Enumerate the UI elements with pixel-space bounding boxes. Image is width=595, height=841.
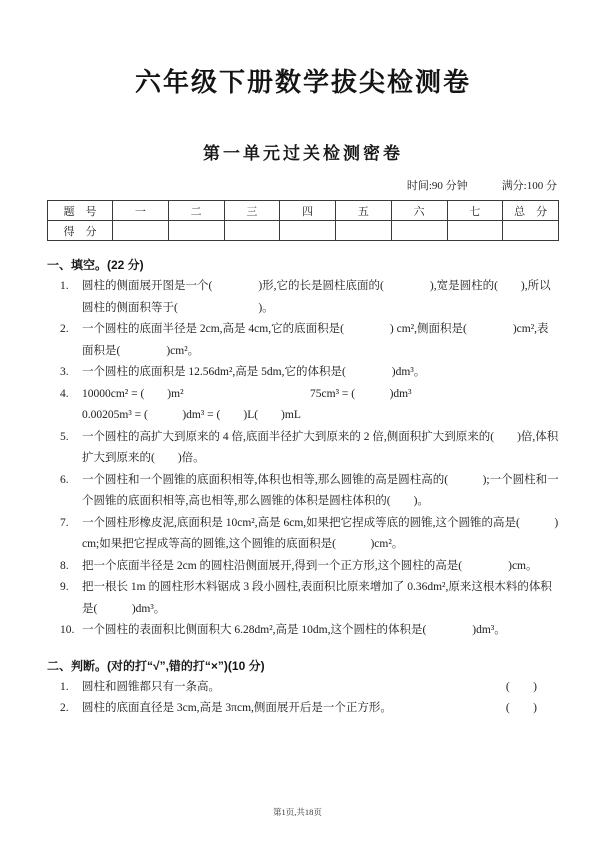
answer-blank: ( ) <box>496 698 543 720</box>
question-number: 1. <box>60 677 82 699</box>
score-table-header-row: 题 号 一 二 三 四 五 六 七 总 分 <box>48 201 559 221</box>
page-footer: 第1页,共18页 <box>0 806 595 818</box>
fill-question: 10. 一个圆柱的表面积比侧面积大 6.28dm²,高是 10dm,这个圆柱的体… <box>60 620 559 642</box>
question-text: 把一根长 1m 的圆柱形木料锯成 3 段小圆柱,表面积比原来增加了 0.36dm… <box>82 577 559 620</box>
question-text: 10000cm² = ( )m² 75cm³ = ( )dm³ 0.00205m… <box>82 384 559 427</box>
question-number: 9. <box>60 577 82 599</box>
column-header: 七 <box>447 201 503 221</box>
page-title: 六年级下册数学拔尖检测卷 <box>47 62 559 99</box>
question-text: 圆柱的侧面展开图是一个( )形,它的长是圆柱底面的( ),宽是圆柱的( ),所以… <box>82 276 559 319</box>
column-header: 四 <box>280 201 336 221</box>
question-number-label: 题 号 <box>48 201 113 221</box>
column-header: 五 <box>336 201 392 221</box>
column-header: 二 <box>168 201 224 221</box>
question-number: 2. <box>60 698 82 720</box>
exam-info-line: 时间:90 分钟满分:100 分 <box>47 177 559 193</box>
question-text: 一个圆柱的底面积是 12.56dm²,高是 5dm,它的体积是( )dm³。 <box>82 362 559 384</box>
score-cell <box>447 221 503 241</box>
question-text: 一个圆柱形橡皮泥,底面积是 10cm²,高是 6cm,如果把它捏成等底的圆锥,这… <box>82 513 559 556</box>
score-table: 题 号 一 二 三 四 五 六 七 总 分 得 分 <box>47 200 559 241</box>
column-header: 一 <box>113 201 169 221</box>
judge-question-list: 1. 圆柱和圆锥都只有一条高。 ( ) 2. 圆柱的底面直径是 3cm,高是 3… <box>47 677 559 720</box>
question-number: 10. <box>60 620 82 642</box>
question-text: 圆柱和圆锥都只有一条高。 <box>82 677 496 699</box>
fill-question: 1. 圆柱的侧面展开图是一个( )形,它的长是圆柱底面的( ),宽是圆柱的( )… <box>60 276 559 319</box>
fill-question-list: 1. 圆柱的侧面展开图是一个( )形,它的长是圆柱底面的( ),宽是圆柱的( )… <box>47 276 559 642</box>
fill-question: 5. 一个圆柱的高扩大到原来的 4 倍,底面半径扩大到原来的 2 倍,侧面积扩大… <box>60 427 559 470</box>
score-table-score-row: 得 分 <box>48 221 559 241</box>
question-number: 5. <box>60 427 82 449</box>
fill-question: 9. 把一根长 1m 的圆柱形木料锯成 3 段小圆柱,表面积比原来增加了 0.3… <box>60 577 559 620</box>
score-cell <box>224 221 280 241</box>
question-number: 4. <box>60 384 82 406</box>
column-header: 三 <box>224 201 280 221</box>
column-header: 六 <box>391 201 447 221</box>
question-number: 8. <box>60 556 82 578</box>
fill-question: 4. 10000cm² = ( )m² 75cm³ = ( )dm³ 0.002… <box>60 384 559 427</box>
score-cell <box>168 221 224 241</box>
exam-paper-page: 六年级下册数学拔尖检测卷 第一单元过关检测密卷 时间:90 分钟满分:100 分… <box>0 0 595 841</box>
question-number: 6. <box>60 470 82 492</box>
fill-question: 2. 一个圆柱的底面半径是 2cm,高是 4cm,它的底面积是( ) cm²,侧… <box>60 319 559 362</box>
question-text: 把一个底面半径是 2cm 的圆柱沿侧面展开,得到一个正方形,这个圆柱的高是( )… <box>82 556 559 578</box>
section-fill-heading: 一、填空。(22 分) <box>47 256 559 273</box>
unit-subtitle: 第一单元过关检测密卷 <box>47 139 559 164</box>
fill-question: 6. 一个圆柱和一个圆锥的底面积相等,体积也相等,那么圆锥的高是圆柱高的( );… <box>60 470 559 513</box>
score-label: 得 分 <box>48 221 113 241</box>
score-cell <box>336 221 392 241</box>
score-cell <box>391 221 447 241</box>
question-text: 一个圆柱和一个圆锥的底面积相等,体积也相等,那么圆锥的高是圆柱高的( );一个圆… <box>82 470 559 513</box>
score-cell <box>280 221 336 241</box>
score-cell <box>113 221 169 241</box>
time-limit: 时间:90 分钟 <box>407 180 468 192</box>
question-text: 一个圆柱的高扩大到原来的 4 倍,底面半径扩大到原来的 2 倍,侧面积扩大到原来… <box>82 427 559 470</box>
question-text: 圆柱的底面直径是 3cm,高是 3πcm,侧面展开后是一个正方形。 <box>82 698 496 720</box>
section-judge-heading: 二、判断。(对的打“√”,错的打“×”)(10 分) <box>47 657 559 674</box>
fill-question: 8. 把一个底面半径是 2cm 的圆柱沿侧面展开,得到一个正方形,这个圆柱的高是… <box>60 556 559 578</box>
question-number: 7. <box>60 513 82 535</box>
column-header: 总 分 <box>503 201 559 221</box>
question-text: 一个圆柱的底面半径是 2cm,高是 4cm,它的底面积是( ) cm²,侧面积是… <box>82 319 559 362</box>
judge-question: 2. 圆柱的底面直径是 3cm,高是 3πcm,侧面展开后是一个正方形。 ( ) <box>60 698 559 720</box>
question-number: 1. <box>60 276 82 298</box>
judge-question: 1. 圆柱和圆锥都只有一条高。 ( ) <box>60 677 559 699</box>
fill-question: 7. 一个圆柱形橡皮泥,底面积是 10cm²,高是 6cm,如果把它捏成等底的圆… <box>60 513 559 556</box>
score-cell <box>503 221 559 241</box>
question-number: 3. <box>60 362 82 384</box>
answer-blank: ( ) <box>496 677 543 699</box>
full-score: 满分:100 分 <box>502 180 557 192</box>
question-text: 一个圆柱的表面积比侧面积大 6.28dm²,高是 10dm,这个圆柱的体积是( … <box>82 620 559 642</box>
fill-question: 3. 一个圆柱的底面积是 12.56dm²,高是 5dm,它的体积是( )dm³… <box>60 362 559 384</box>
question-number: 2. <box>60 319 82 341</box>
